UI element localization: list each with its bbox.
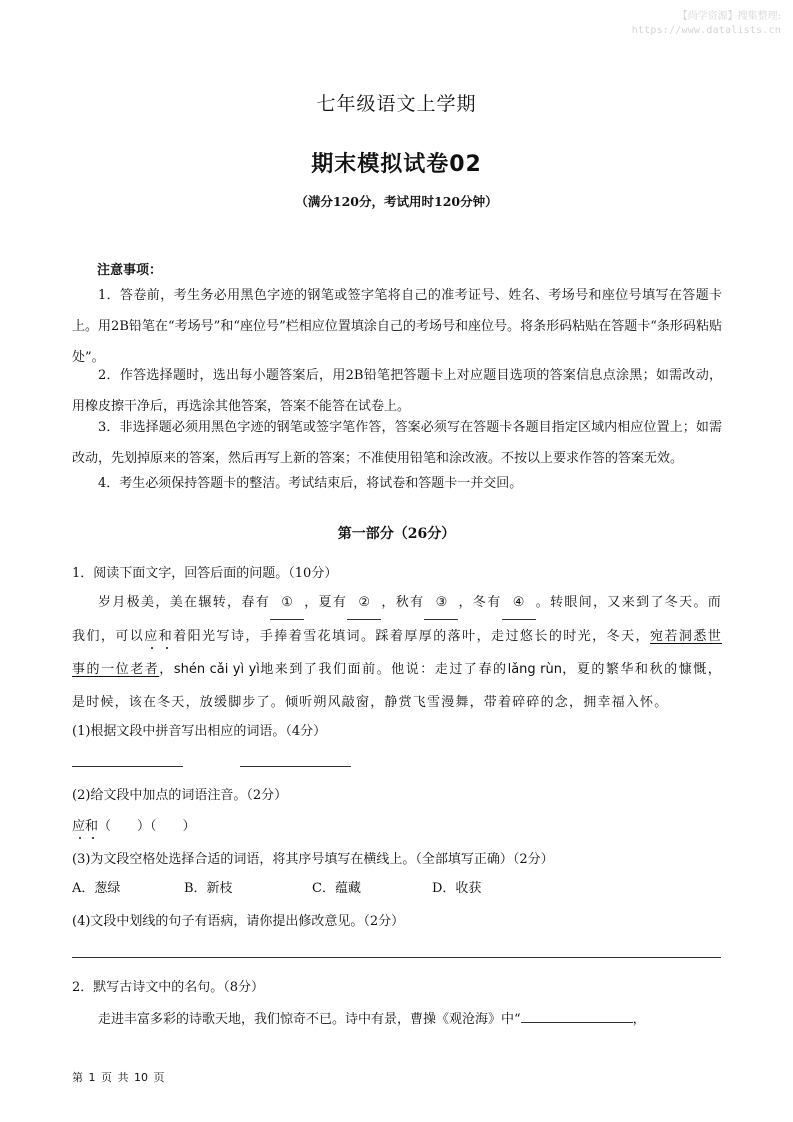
answer-line-1[interactable] [72,766,183,767]
question-2-stem: 2．默写古诗文中的名句。（8分） [72,976,264,995]
dotted-char: 和 [85,819,98,834]
passage-text: ， [159,662,174,677]
watermark: 【尚学资源】搜集整理: https://www.datalists.cn [632,10,781,38]
option-a: A．葱绿 [72,877,120,896]
passage-blank-3: ③ [424,586,458,620]
sub-question-4: (4)文段中划线的句子有语病，请你提出修改意见。（2分） [72,910,404,929]
sub-question-2: (2)给文段中加点的词语注音。（2分） [72,784,287,803]
question-1-stem: 1．阅读下面文字，回答后面的问题。（10分） [72,562,337,581]
fill-in-blank[interactable] [521,1008,633,1023]
passage-text: ，夏有 [304,595,347,610]
passage-text: ，冬有 [458,595,501,610]
passage-blank-2: ② [347,586,381,620]
page-footer: 第 1 页 共 10 页 [72,1069,164,1085]
exam-title: 期末模拟试卷02 [0,147,793,178]
answer-line-2[interactable] [240,766,351,767]
reading-passage: 岁月极美，美在辗转，春有①，夏有②，秋有③，冬有④。转眼间，又来到了冬天。而我们… [72,586,722,719]
pinyin-2: lǎng rùn [508,662,562,677]
pinyin-answer-slots[interactable]: （ ）（ ） [98,819,196,834]
question-2-text-before: 走进丰富多彩的诗歌天地，我们惊奇不已。诗中有景，曹操《观沧海》中“ [98,1012,521,1027]
dotted-char: 应 [144,629,158,644]
sub-question-3: (3)为文段空格处选择合适的词语，将其序号填写在横线上。（全部填写正确）（2分） [72,848,554,867]
option-c: C．蕴藏 [312,877,361,896]
watermark-source: 【尚学资源】搜集整理: [632,10,781,24]
section-title-part1: 第一部分（26分） [0,523,793,543]
pinyin-1: shén cǎi yì yì [174,662,260,677]
passage-text: ，秋有 [381,595,424,610]
passage-text: 地来到了我们面前。他说：走过了春的 [260,662,508,677]
passage-blank-4: ④ [502,586,536,620]
option-b: B．新枝 [184,877,233,896]
answer-line-long[interactable] [72,957,721,958]
dotted-char: 应 [72,819,85,834]
question-2-text: 走进丰富多彩的诗歌天地，我们惊奇不已。诗中有景，曹操《观沧海》中“， [98,1008,646,1027]
sub-question-1: (1)根据文段中拼音写出相应的词语。（4分） [72,720,326,739]
notice-item-3: 3．非选择题必须用黑色字迹的钢笔或签字笔作答，答案必须写在答题卡各题目指定区域内… [72,412,722,474]
question-2-text-after: ， [633,1012,646,1027]
sub-question-2-answer: 应和（ ）（ ） [72,815,196,834]
notice-item-4: 4．考生必须保持答题卡的整洁。考试结束后，将试卷和答题卡一并交回。 [72,468,722,499]
exam-subject: 七年级语文上学期 [0,89,793,116]
dotted-char: 和 [159,629,173,644]
watermark-url: https://www.datalists.cn [632,24,781,38]
notices-heading: 注意事项： [97,259,162,278]
option-d: D．收获 [432,877,481,896]
passage-text: 着阳光写诗，手捧着雪花填词。踩着厚厚的落叶，走过悠长的时光，冬天， [173,629,650,644]
options-row: A．葱绿 B．新枝 C．蕴藏 D．收获 [72,877,722,897]
passage-blank-1: ① [270,586,304,620]
score-note: （满分120分，考试用时120分钟） [0,192,793,210]
passage-text: 岁月极美，美在辗转，春有 [98,595,270,610]
